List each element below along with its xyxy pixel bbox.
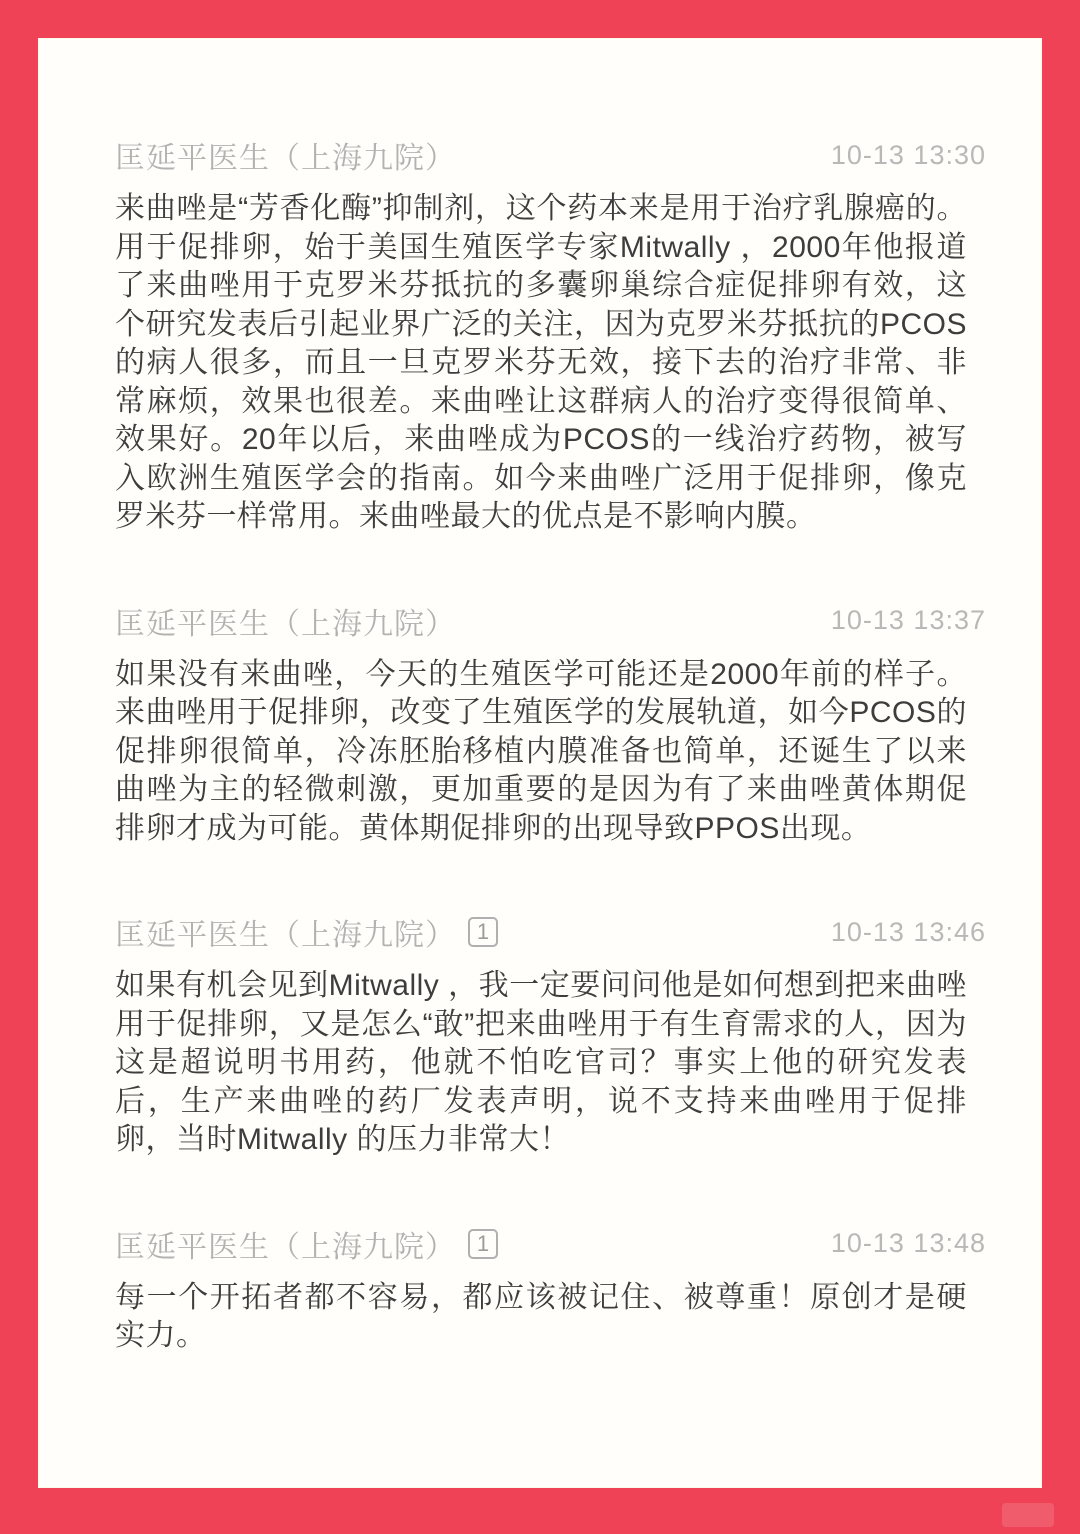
chat-screenshot-card: 匡延平医生（上海九院） 10-13 13:30 来曲唑是“芳香化酶”抑制剂，这个… <box>38 38 1042 1488</box>
message-text: 每一个开拓者都不容易，都应该被记住、被尊重！原创才是硬实力。 <box>115 1279 967 1356</box>
author-name: 匡延平医生（上海九院） <box>115 599 456 643</box>
message-header: 匡延平医生（上海九院） 10-13 13:30 <box>115 133 986 177</box>
timestamp: 10-13 13:30 <box>831 140 986 171</box>
message-header: 匡延平医生（上海九院） 10-13 13:37 <box>115 599 986 643</box>
timestamp: 10-13 13:37 <box>831 605 986 636</box>
message-text: 如果没有来曲唑，今天的生殖医学可能还是2000年前的样子。来曲唑用于促排卵，改变… <box>115 656 967 849</box>
message-item: 匡延平医生（上海九院） 10-13 13:30 来曲唑是“芳香化酶”抑制剂，这个… <box>115 133 986 537</box>
author-row: 匡延平医生（上海九院） 1 <box>115 1222 498 1266</box>
badge-1-icon: 1 <box>468 1229 498 1259</box>
author-name: 匡延平医生（上海九院） <box>115 133 456 177</box>
badge-1-icon: 1 <box>468 917 498 947</box>
author-row: 匡延平医生（上海九院） 1 <box>115 910 498 954</box>
message-item: 匡延平医生（上海九院） 1 10-13 13:48 每一个开拓者都不容易，都应该… <box>115 1222 986 1356</box>
author-row: 匡延平医生（上海九院） <box>115 599 456 643</box>
red-frame: 匡延平医生（上海九院） 10-13 13:30 来曲唑是“芳香化酶”抑制剂，这个… <box>0 0 1080 1534</box>
message-text: 如果有机会见到Mitwally ，我一定要问问他是如何想到把来曲唑用于促排卵，又… <box>115 967 967 1160</box>
watermark <box>1002 1503 1054 1527</box>
message-header: 匡延平医生（上海九院） 1 10-13 13:46 <box>115 910 986 954</box>
author-name: 匡延平医生（上海九院） <box>115 1222 456 1266</box>
author-name: 匡延平医生（上海九院） <box>115 910 456 954</box>
message-header: 匡延平医生（上海九院） 1 10-13 13:48 <box>115 1222 986 1266</box>
timestamp: 10-13 13:48 <box>831 1228 986 1259</box>
message-item: 匡延平医生（上海九院） 10-13 13:37 如果没有来曲唑，今天的生殖医学可… <box>115 599 986 849</box>
message-item: 匡延平医生（上海九院） 1 10-13 13:46 如果有机会见到Mitwall… <box>115 910 986 1160</box>
author-row: 匡延平医生（上海九院） <box>115 133 456 177</box>
message-list: 匡延平医生（上海九院） 10-13 13:30 来曲唑是“芳香化酶”抑制剂，这个… <box>115 133 986 1418</box>
message-text: 来曲唑是“芳香化酶”抑制剂，这个药本来是用于治疗乳腺癌的。用于促排卵，始于美国生… <box>115 190 967 537</box>
timestamp: 10-13 13:46 <box>831 917 986 948</box>
